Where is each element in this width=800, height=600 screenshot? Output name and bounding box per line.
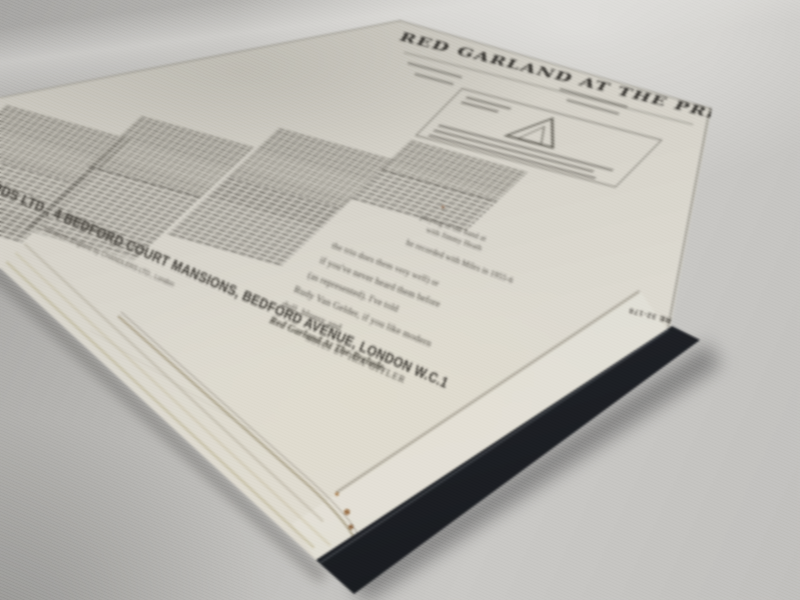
stain-spot [349,525,354,530]
stain-spot [344,509,350,515]
stain-spot [441,205,444,208]
photo: RED GARLAND AT THE PRELUDE [0,0,800,600]
stain-spot [335,492,339,496]
